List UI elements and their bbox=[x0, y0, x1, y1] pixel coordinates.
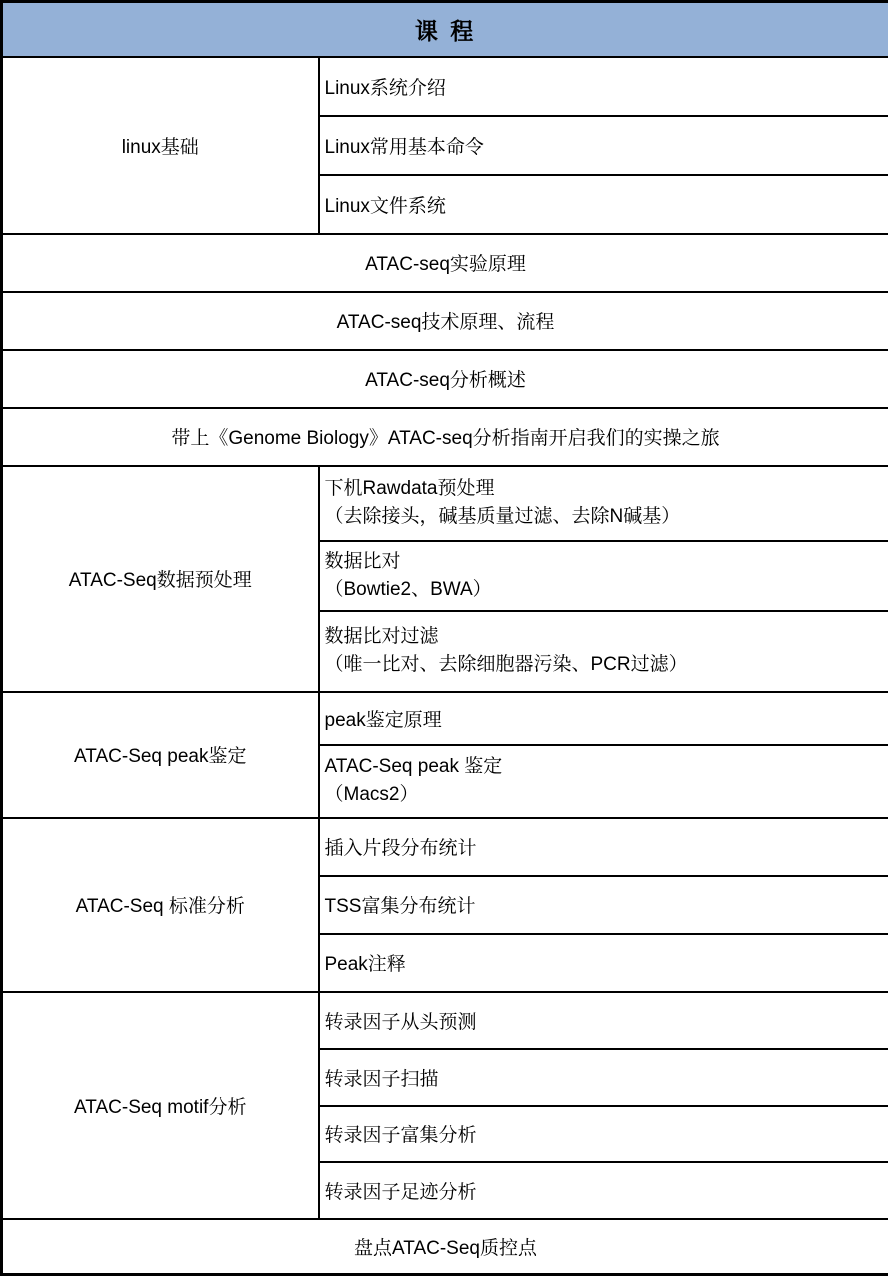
course-row-experiment-principle: ATAC-seq实验原理 bbox=[2, 234, 888, 292]
table-row: linux基础 Linux系统介绍 bbox=[2, 57, 888, 116]
table-row: ATAC-seq技术原理、流程 bbox=[2, 292, 888, 350]
course-item-linux-intro: Linux系统介绍 bbox=[319, 57, 888, 116]
course-item-alignment-filter: 数据比对过滤 （唯一比对、去除细胞器污染、PCR过滤） bbox=[319, 611, 888, 692]
table-header-row: 课 程 bbox=[2, 2, 888, 57]
course-item-peak-annotation: Peak注释 bbox=[319, 934, 888, 992]
course-item-title: 下机Rawdata预处理 bbox=[325, 475, 885, 503]
table-row: ATAC-Seq motif分析 转录因子从头预测 bbox=[2, 992, 888, 1049]
table-row: 带上《Genome Biology》ATAC-seq分析指南开启我们的实操之旅 bbox=[2, 408, 888, 466]
course-item-peak-principle: peak鉴定原理 bbox=[319, 692, 888, 745]
table-row: ATAC-seq分析概述 bbox=[2, 350, 888, 408]
course-row-tech-principle: ATAC-seq技术原理、流程 bbox=[2, 292, 888, 350]
group-label-motif: ATAC-Seq motif分析 bbox=[2, 992, 319, 1219]
table-title: 课 程 bbox=[2, 2, 888, 57]
table-row: ATAC-seq实验原理 bbox=[2, 234, 888, 292]
table-row: ATAC-Seq 标准分析 插入片段分布统计 bbox=[2, 818, 888, 876]
course-item-tf-denovo: 转录因子从头预测 bbox=[319, 992, 888, 1049]
group-label-standard: ATAC-Seq 标准分析 bbox=[2, 818, 319, 992]
course-item-alignment: 数据比对 （Bowtie2、BWA） bbox=[319, 541, 888, 611]
course-row-qc-summary: 盘点ATAC-Seq质控点 bbox=[2, 1219, 888, 1275]
table-row: ATAC-Seq数据预处理 下机Rawdata预处理 （去除接头，碱基质量过滤、… bbox=[2, 466, 888, 541]
course-row-analysis-overview: ATAC-seq分析概述 bbox=[2, 350, 888, 408]
course-item-peak-calling: ATAC-Seq peak 鉴定 （Macs2） bbox=[319, 745, 888, 818]
group-label-linux: linux基础 bbox=[2, 57, 319, 234]
course-item-insert-size: 插入片段分布统计 bbox=[319, 818, 888, 876]
course-item-linux-filesystem: Linux文件系统 bbox=[319, 175, 888, 234]
course-item-title: ATAC-Seq peak 鉴定 bbox=[325, 753, 885, 781]
course-item-detail: （Bowtie2、BWA） bbox=[325, 576, 885, 604]
table-row: ATAC-Seq peak鉴定 peak鉴定原理 bbox=[2, 692, 888, 745]
table-row: 盘点ATAC-Seq质控点 bbox=[2, 1219, 888, 1275]
course-item-tf-scan: 转录因子扫描 bbox=[319, 1049, 888, 1106]
course-table: 课 程 linux基础 Linux系统介绍 Linux常用基本命令 Linux文… bbox=[0, 0, 888, 1276]
course-item-detail: （Macs2） bbox=[325, 781, 885, 809]
course-item-linux-commands: Linux常用基本命令 bbox=[319, 116, 888, 175]
course-item-detail: （去除接头，碱基质量过滤、去除N碱基） bbox=[325, 503, 885, 531]
group-label-peak: ATAC-Seq peak鉴定 bbox=[2, 692, 319, 818]
course-row-genome-biology-guide: 带上《Genome Biology》ATAC-seq分析指南开启我们的实操之旅 bbox=[2, 408, 888, 466]
course-item-tf-enrichment: 转录因子富集分析 bbox=[319, 1106, 888, 1162]
group-label-preprocess: ATAC-Seq数据预处理 bbox=[2, 466, 319, 692]
course-item-title: 数据比对 bbox=[325, 548, 885, 576]
course-item-tf-footprint: 转录因子足迹分析 bbox=[319, 1162, 888, 1219]
course-item-tss-enrichment: TSS富集分布统计 bbox=[319, 876, 888, 934]
course-item-detail: （唯一比对、去除细胞器污染、PCR过滤） bbox=[325, 651, 885, 679]
course-item-rawdata-preprocess: 下机Rawdata预处理 （去除接头，碱基质量过滤、去除N碱基） bbox=[319, 466, 888, 541]
course-item-title: 数据比对过滤 bbox=[325, 623, 885, 651]
